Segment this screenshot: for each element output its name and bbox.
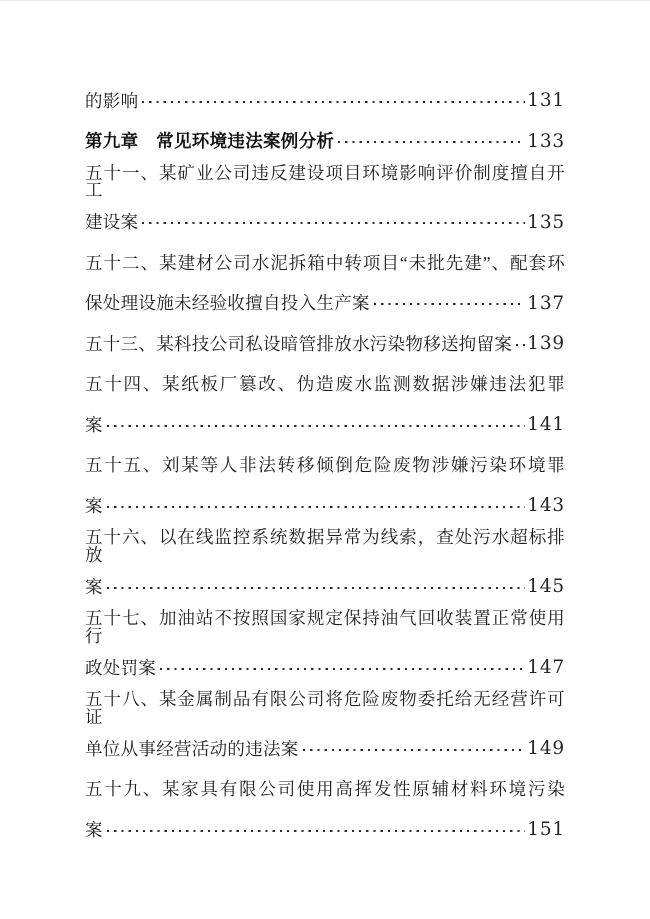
toc-line-12: 五十六、以在线监控系统数据异常为线索，查处污水超标排放 <box>85 527 565 568</box>
dot-leader <box>516 344 525 346</box>
page-number: 151 <box>527 821 565 840</box>
dot-leader <box>107 830 525 832</box>
toc-entry-text: 案 <box>85 579 103 597</box>
dot-leader <box>142 101 525 103</box>
dot-leader <box>160 668 525 670</box>
toc-entry-text: 五十三、某科技公司私设暗管排放水污染物移送拘留案 <box>85 336 512 354</box>
chapter-heading-text: 第九章 常见环境违法案例分析 <box>85 133 334 151</box>
toc-entry-text: 案 <box>85 417 103 435</box>
dot-leader <box>107 425 525 427</box>
toc-line-5: 五十二、某建材公司水泥拆箱中转项目“未批先建”、配套环 <box>85 243 565 284</box>
page-number: 139 <box>527 335 565 354</box>
toc-entry-text: 案 <box>85 498 103 516</box>
toc-page: 的影响 131 第九章 常见环境违法案例分析 133 五十一、某矿业公司违反建设… <box>0 1 650 851</box>
toc-entry-text: 五十七、加油站不按照国家规定保持油气回收装置正常使用行 <box>85 610 565 645</box>
page-number: 131 <box>527 92 565 111</box>
dot-leader <box>107 506 525 508</box>
dot-leader <box>303 749 526 751</box>
page-number: 147 <box>527 659 565 678</box>
toc-line-1: 的影响 131 <box>85 81 565 122</box>
toc-line-11: 案 143 <box>85 486 565 527</box>
page-number: 145 <box>527 578 565 597</box>
dot-leader <box>338 141 525 143</box>
page-number: 137 <box>527 295 565 314</box>
page-number: 135 <box>527 214 565 233</box>
toc-entry-text: 案 <box>85 822 103 840</box>
toc-entry-text: 五十九、某家具有限公司使用高挥发性原辅材料环境污染 <box>85 781 565 799</box>
dot-leader <box>374 303 525 305</box>
toc-entry-text: 单位从事经营活动的违法案 <box>85 741 299 759</box>
toc-line-10: 五十五、刘某等人非法转移倾倒危险废物涉嫌污染环境罪 <box>85 446 565 487</box>
page-number: 143 <box>527 497 565 516</box>
toc-entry-text: 五十四、某纸板厂篡改、伪造废水监测数据涉嫌违法犯罪 <box>85 376 565 394</box>
toc-entry-text: 五十一、某矿业公司违反建设项目环境影响评价制度擅自开工 <box>85 165 565 200</box>
page-number: 149 <box>527 740 565 759</box>
toc-entry-text: 五十二、某建材公司水泥拆箱中转项目“未批先建”、配套环 <box>85 255 565 273</box>
toc-line-9: 案 141 <box>85 405 565 446</box>
toc-entry-text: 五十六、以在线监控系统数据异常为线索，查处污水超标排放 <box>85 529 565 564</box>
toc-chapter-heading: 第九章 常见环境违法案例分析 133 <box>85 122 565 163</box>
toc-line-3: 五十一、某矿业公司违反建设项目环境影响评价制度擅自开工 <box>85 162 565 203</box>
toc-line-4: 建设案 135 <box>85 203 565 244</box>
toc-entry-text: 保处理设施未经验收擅自投入生产案 <box>85 295 370 313</box>
toc-line-18: 五十九、某家具有限公司使用高挥发性原辅材料环境污染 <box>85 770 565 811</box>
dot-leader <box>142 222 525 224</box>
toc-entry-text: 五十五、刘某等人非法转移倾倒危险废物涉嫌污染环境罪 <box>85 457 565 475</box>
page-number: 133 <box>527 133 565 152</box>
toc-line-17: 单位从事经营活动的违法案 149 <box>85 729 565 770</box>
toc-entry-text: 政处罚案 <box>85 660 156 678</box>
page-number: 141 <box>527 416 565 435</box>
toc-line-6: 保处理设施未经验收擅自投入生产案 137 <box>85 284 565 325</box>
toc-line-14: 五十七、加油站不按照国家规定保持油气回收装置正常使用行 <box>85 608 565 649</box>
toc-line-8: 五十四、某纸板厂篡改、伪造废水监测数据涉嫌违法犯罪 <box>85 365 565 406</box>
toc-line-7: 五十三、某科技公司私设暗管排放水污染物移送拘留案 139 <box>85 324 565 365</box>
dot-leader <box>107 587 525 589</box>
toc-line-15: 政处罚案 147 <box>85 648 565 689</box>
toc-line-13: 案 145 <box>85 567 565 608</box>
toc-entry-text: 五十八、某金属制品有限公司将危险废物委托给无经营许可证 <box>85 691 565 726</box>
toc-line-16: 五十八、某金属制品有限公司将危险废物委托给无经营许可证 <box>85 689 565 730</box>
toc-entry-text: 的影响 <box>85 93 138 111</box>
toc-entry-text: 建设案 <box>85 214 138 232</box>
toc-line-19: 案 151 <box>85 810 565 851</box>
